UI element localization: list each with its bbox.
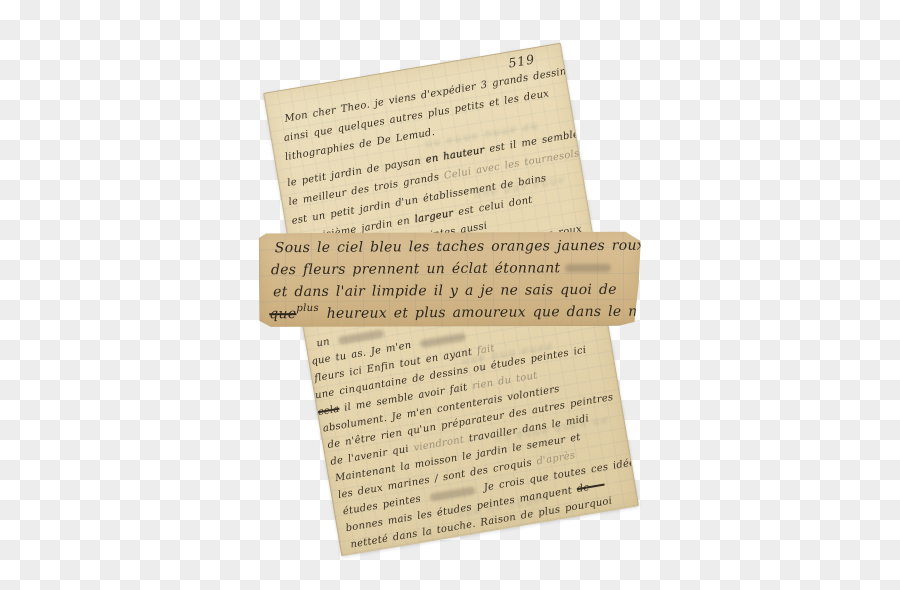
- handwriting-line: des fleurs prennent un éclat étonnant: [271, 261, 615, 277]
- page-number: 519: [507, 51, 536, 70]
- handwriting-line: queplus heureux et plus amoureux que dan…: [269, 304, 641, 321]
- handwriting-line: et dans l'air limpide il y a je ne sais …: [273, 283, 617, 299]
- handwriting-line: Sous le ciel bleu les taches oranges jau…: [275, 239, 642, 256]
- excerpt-strip: Sous le ciel bleu les taches oranges jau…: [259, 231, 642, 329]
